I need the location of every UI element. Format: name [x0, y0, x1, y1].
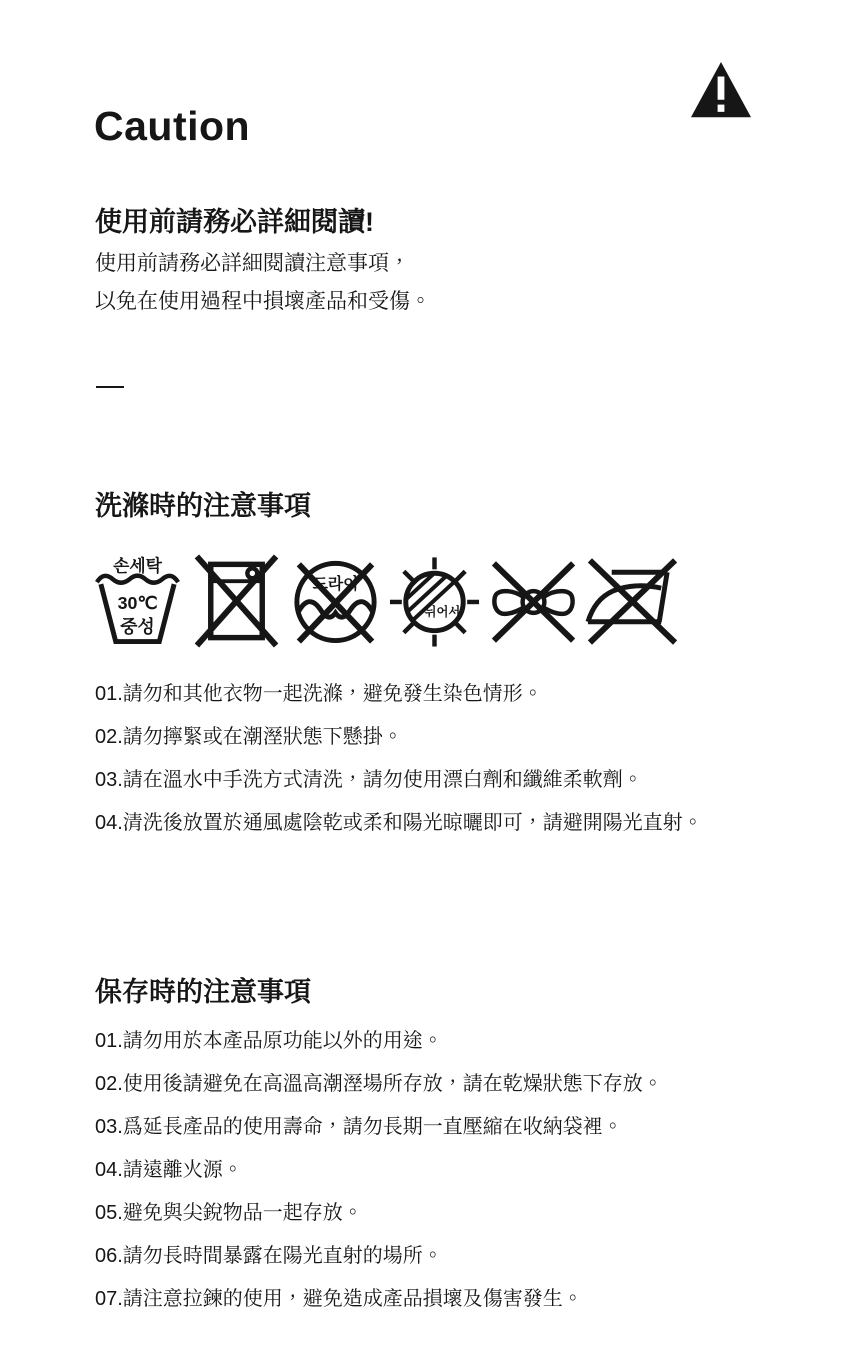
section-divider	[96, 386, 124, 388]
washing-notice-item: 02.請勿擰緊或在潮溼狀態下懸掛。	[95, 727, 703, 748]
storage-notice-item: 04.請遠離火源。	[95, 1160, 663, 1181]
warning-triangle-icon	[690, 61, 752, 119]
page-title: Caution	[94, 103, 250, 150]
do-not-wring-icon	[484, 548, 583, 651]
storage-notice-item: 03.爲延長產品的使用壽命，請勿長期一直壓縮在收納袋裡。	[95, 1117, 663, 1138]
storage-section-heading: 保存時的注意事項	[95, 970, 311, 1009]
svg-text:30℃: 30℃	[118, 593, 158, 613]
storage-notice-item: 05.避免與尖銳物品一起存放。	[95, 1203, 663, 1224]
washing-section-heading: 洗滌時的注意事項	[95, 484, 311, 523]
washing-notice-item: 01.請勿和其他衣物一起洗滌，避免發生染色情形。	[95, 684, 703, 705]
svg-text:중성: 중성	[120, 616, 154, 637]
dry-flat-in-shade-icon: 뉘어서	[385, 548, 484, 651]
do-not-iron-icon	[583, 548, 682, 651]
washing-notice-item: 04.清洗後放置於通風處陰乾或柔和陽光晾曬即可，請避開陽光直射。	[95, 813, 703, 834]
storage-notice-item: 02.使用後請避免在高溫高潮溼場所存放，請在乾燥狀態下存放。	[95, 1074, 663, 1095]
svg-text:손세탁: 손세탁	[113, 555, 163, 575]
intro-line-1: 使用前請務必詳細閱讀注意事項，	[95, 245, 431, 283]
do-not-machine-wash-icon	[187, 548, 286, 651]
intro-heading: 使用前請務必詳細閱讀!	[95, 200, 374, 239]
storage-notice-list: 01.請勿用於本產品原功能以外的用途。 02.使用後請避免在高溫高潮溼場所存放，…	[95, 1031, 663, 1332]
hand-wash-30c-neutral-icon: 손세탁 30℃ 중성	[88, 548, 187, 651]
storage-notice-item: 06.請勿長時間暴露在陽光直射的場所。	[95, 1246, 663, 1267]
do-not-dry-clean-icon: 드라이	[286, 548, 385, 651]
storage-notice-item: 01.請勿用於本產品原功能以外的用途。	[95, 1031, 663, 1052]
svg-text:뉘어서: 뉘어서	[425, 604, 461, 619]
washing-notice-list: 01.請勿和其他衣物一起洗滌，避免發生染色情形。 02.請勿擰緊或在潮溼狀態下懸…	[95, 684, 703, 856]
intro-line-2: 以免在使用過程中損壞產品和受傷。	[95, 283, 431, 321]
washing-notice-item: 03.請在溫水中手洗方式清洗，請勿使用漂白劑和纖維柔軟劑。	[95, 770, 703, 791]
storage-notice-item: 07.請注意拉鍊的使用，避免造成產品損壞及傷害發生。	[95, 1289, 663, 1310]
intro-paragraph: 使用前請務必詳細閱讀注意事項， 以免在使用過程中損壞產品和受傷。	[95, 245, 431, 321]
care-symbols-row: 손세탁 30℃ 중성 드라이	[88, 548, 682, 651]
caution-page: { "colors": { "text": "#161616", "backgr…	[0, 0, 855, 1365]
